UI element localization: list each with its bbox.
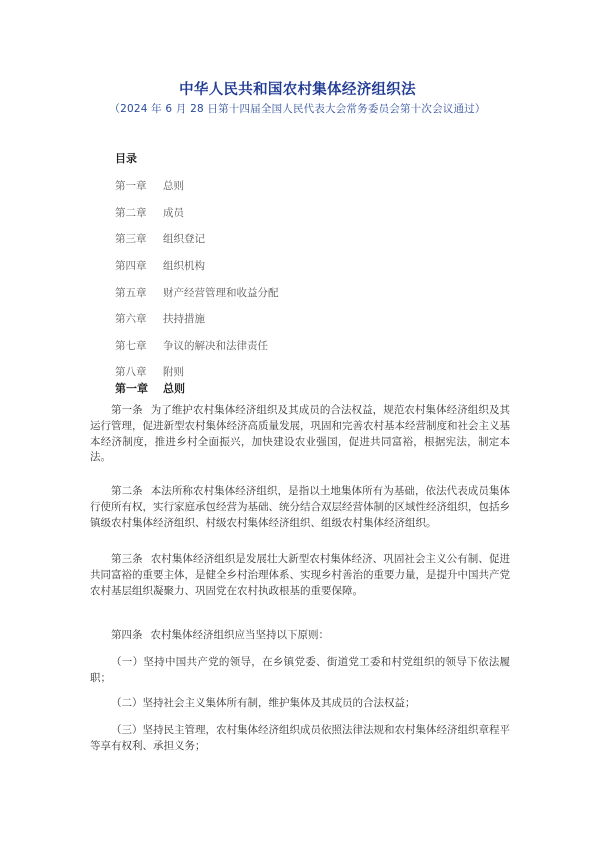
article-text: 本法所称农村集体经济组织，是指以土地集体所有为基础，依法代表成员集体行使所有权，… <box>90 485 510 529</box>
toc-chapter-number: 第六章 <box>115 311 163 326</box>
document-title: 中华人民共和国农村集体经济组织法 <box>0 78 595 99</box>
principle-item: （二）坚持社会主义集体所有制，维护集体及其成员的合法权益； <box>90 696 510 712</box>
article-label: 第一条 <box>111 404 143 416</box>
toc-chapter-number: 第八章 <box>115 364 163 379</box>
toc-item: 第二章成员 <box>115 205 184 220</box>
toc-heading: 目录 <box>115 150 137 166</box>
toc-chapter-name: 附则 <box>163 366 184 378</box>
toc-chapter-number: 第五章 <box>115 285 163 300</box>
toc-item: 第四章组织机构 <box>115 258 205 273</box>
principle-item: （三）坚持民主管理，农村集体经济组织成员依照法律法规和农村集体经济组织章程平等享… <box>90 723 510 755</box>
toc-item: 第三章组织登记 <box>115 231 205 246</box>
principle-item: （一）坚持中国共产党的领导，在乡镇党委、街道党工委和村党组织的领导下依法履职； <box>90 655 510 687</box>
article-paragraph: 第一条为了维护农村集体经济组织及其成员的合法权益，规范农村集体经济组织及其运行管… <box>90 403 510 466</box>
article-text: 为了维护农村集体经济组织及其成员的合法权益，规范农村集体经济组织及其运行管理，促… <box>90 404 510 463</box>
toc-item: 第七章争议的解决和法律责任 <box>115 338 268 353</box>
toc-chapter-number: 第七章 <box>115 338 163 353</box>
toc-item: 第一章总则 <box>115 178 184 193</box>
article-paragraph: 第四条农村集体经济组织应当坚持以下原则： <box>90 628 510 644</box>
toc-chapter-name: 争议的解决和法律责任 <box>163 340 268 352</box>
toc-chapter-name: 组织机构 <box>163 260 205 272</box>
toc-chapter-name: 组织登记 <box>163 233 205 245</box>
toc-chapter-number: 第二章 <box>115 205 163 220</box>
toc-chapter-name: 总则 <box>163 180 184 192</box>
chapter-number: 第一章 <box>115 380 163 396</box>
article-label: 第二条 <box>111 485 143 497</box>
toc-chapter-number: 第四章 <box>115 258 163 273</box>
toc-chapter-name: 成员 <box>163 207 184 219</box>
toc-chapter-name: 扶持措施 <box>163 313 205 325</box>
document-page: 中华人民共和国农村集体经济组织法 （2024 年 6 月 28 日第十四届全国人… <box>0 0 595 841</box>
toc-chapter-number: 第一章 <box>115 178 163 193</box>
chapter-name: 总则 <box>163 382 185 395</box>
toc-item: 第八章附则 <box>115 364 184 379</box>
article-text: 农村集体经济组织是发展壮大新型农村集体经济、巩固社会主义公有制、促进共同富裕的重… <box>90 553 510 597</box>
article-label: 第三条 <box>111 553 143 565</box>
article-text: 农村集体经济组织应当坚持以下原则： <box>151 629 330 641</box>
document-subtitle: （2024 年 6 月 28 日第十四届全国人民代表大会常务委员会第十次会议通过… <box>0 101 595 116</box>
article-paragraph: 第三条农村集体经济组织是发展壮大新型农村集体经济、巩固社会主义公有制、促进共同富… <box>90 552 510 599</box>
toc-chapter-name: 财产经营管理和收益分配 <box>163 287 279 299</box>
toc-item: 第五章财产经营管理和收益分配 <box>115 285 279 300</box>
article-paragraph: 第二条本法所称农村集体经济组织，是指以土地集体所有为基础，依法代表成员集体行使所… <box>90 484 510 531</box>
toc-item: 第六章扶持措施 <box>115 311 205 326</box>
chapter-heading: 第一章总则 <box>115 380 185 396</box>
toc-chapter-number: 第三章 <box>115 231 163 246</box>
article-label: 第四条 <box>111 629 143 641</box>
